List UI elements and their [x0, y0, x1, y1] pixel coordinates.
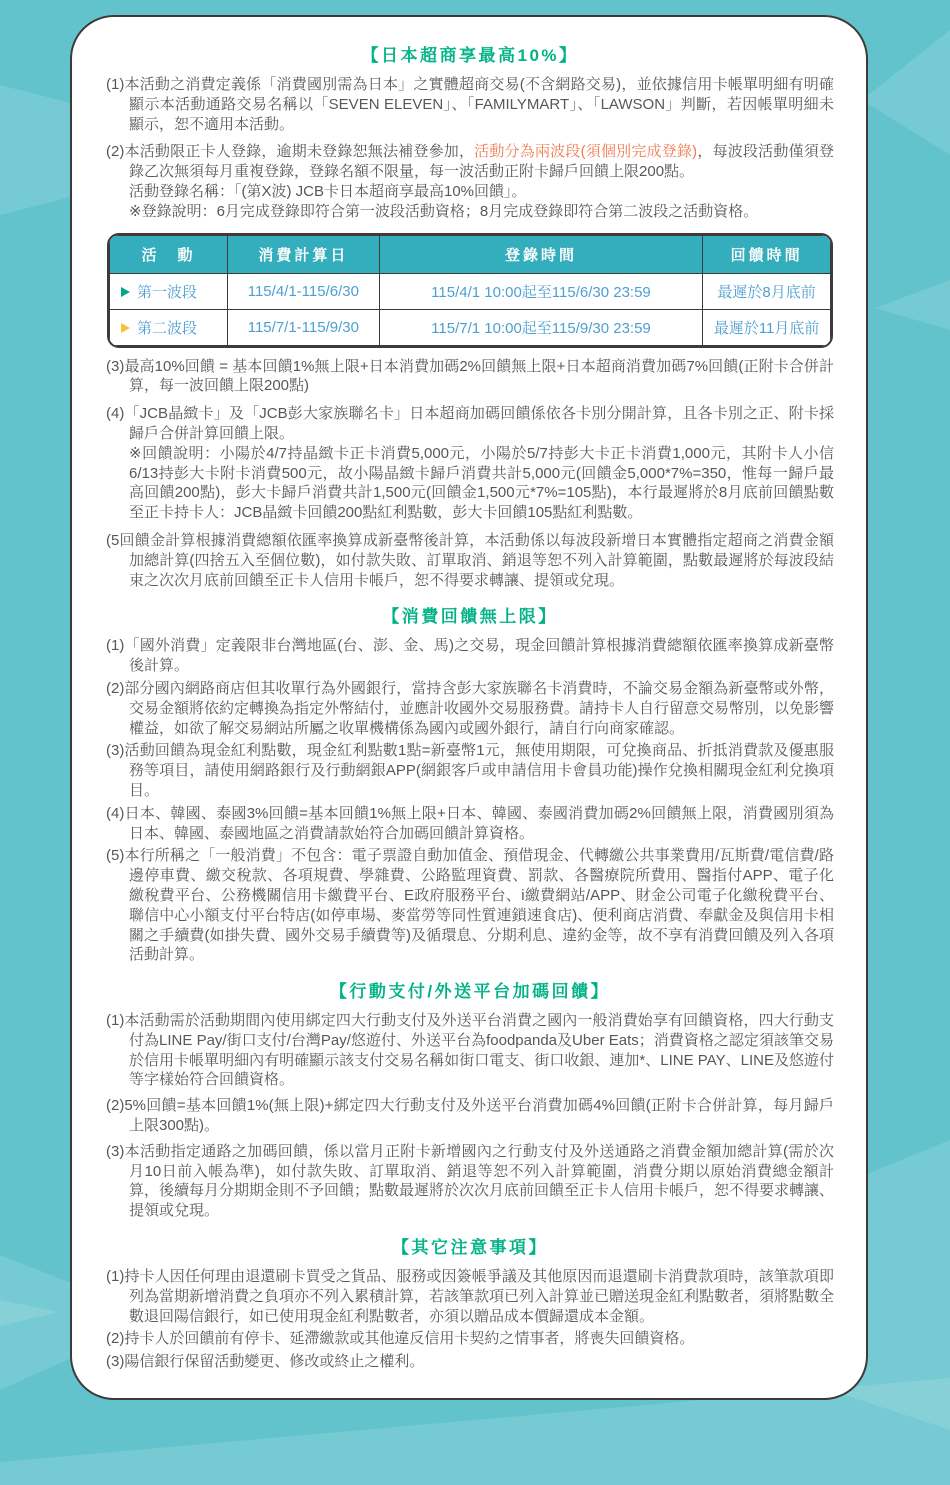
background-wedge — [875, 280, 950, 330]
table-header-cell: 回饋時間 — [703, 235, 831, 273]
term-paragraph: (3)本活動指定通路之加碼回饋，係以當月正附卡新增國內之行動支付及外送通路之消費… — [106, 1142, 834, 1221]
term-text: (3)最高10%回饋 = 基本回饋1%無上限+日本消費加碼2%回饋無上限+日本超… — [106, 358, 834, 395]
term-text: (1)持卡人因任何理由退還刷卡買受之貨品、服務或因簽帳爭議及其他原因而退還刷卡消… — [106, 1268, 834, 1325]
term-text: (2)持卡人於回饋前有停卡、延滯繳款或其他違反信用卡契約之情事者，將喪失回饋資格… — [106, 1330, 694, 1347]
activity-label: 第二波段 — [137, 320, 197, 337]
term-text: (5)本行所稱之「一般消費」不包含：電子票證自動加值金、預借現金、代轉繳公共事業… — [106, 847, 834, 963]
term-paragraph: (4)日本、韓國、泰國3%回饋=基本回饋1%無上限+日本、韓國、泰國消費加碼2%… — [106, 804, 834, 844]
table-row: 第二波段115/7/1-115/9/30115/7/1 10:00起至115/9… — [110, 309, 831, 345]
schedule-table-grid: 活 動消費計算日登錄時間回饋時間第一波段115/4/1-115/6/30115/… — [109, 235, 831, 346]
term-text: (4)「JCB晶緻卡」及「JCB彭大家族聯名卡」日本超商加碼回饋係依各卡別分開計… — [106, 405, 834, 442]
activity-label: 第一波段 — [137, 284, 197, 301]
term-text: (3)本活動指定通路之加碼回饋，係以當月正附卡新增國內之行動支付及外送通路之消費… — [106, 1143, 834, 1219]
wave-marker-icon — [121, 287, 130, 297]
reward-cell: 最遲於8月底前 — [703, 273, 831, 309]
term-text: ※回饋說明：小陽於4/7持晶緻卡正卡消費5,000元，小陽於5/7持彭大卡正卡消… — [129, 445, 834, 521]
term-text: (2)5%回饋=基本回饋1%(無上限)+綁定四大行動支付及外送平台消費加碼4%回… — [106, 1097, 834, 1134]
term-paragraph: (4)「JCB晶緻卡」及「JCB彭大家族聯名卡」日本超商加碼回饋係依各卡別分開計… — [106, 404, 834, 523]
term-paragraph: (3)活動回饋為現金紅利點數，現金紅利點數1點=新臺幣1元，無使用期限，可兌換商… — [106, 741, 834, 800]
section-title: 【其它注意事項】 — [106, 1233, 834, 1258]
schedule-table: 活 動消費計算日登錄時間回饋時間第一波段115/4/1-115/6/30115/… — [107, 233, 833, 348]
term-text: (2)部分國內網路商店但其收單行為外國銀行，當持含彭大家族聯名卡消費時，不論交易… — [106, 680, 834, 737]
background-wedge — [862, 30, 950, 155]
terms-card: 【日本超商享最高10%】(1)本活動之消費定義係「消費國別需為日本」之實體超商交… — [70, 15, 868, 1400]
table-header-row: 活 動消費計算日登錄時間回饋時間 — [110, 235, 831, 273]
promo-terms-page: 【日本超商享最高10%】(1)本活動之消費定義係「消費國別需為日本」之實體超商交… — [0, 0, 950, 1485]
term-paragraph: (1)本活動之消費定義係「消費國別需為日本」之實體超商交易(不含網路交易)，並依… — [106, 75, 834, 134]
term-text: (1)本活動之消費定義係「消費國別需為日本」之實體超商交易(不含網路交易)，並依… — [106, 76, 834, 133]
term-paragraph: (2)部分國內網路商店但其收單行為外國銀行，當持含彭大家族聯名卡消費時，不論交易… — [106, 679, 834, 738]
period-cell: 115/4/1-115/6/30 — [227, 273, 379, 309]
table-row: 第一波段115/4/1-115/6/30115/4/1 10:00起至115/6… — [110, 273, 831, 309]
terms-content: 【日本超商享最高10%】(1)本活動之消費定義係「消費國別需為日本」之實體超商交… — [106, 41, 834, 1372]
term-paragraph: (5)本行所稱之「一般消費」不包含：電子票證自動加值金、預借現金、代轉繳公共事業… — [106, 846, 834, 965]
term-text: 活動登錄名稱：「(第X波) JCB卡日本超商享最高10%回饋」。 — [129, 183, 527, 200]
term-paragraph: (3)最高10%回饋 = 基本回饋1%無上限+日本消費加碼2%回饋無上限+日本超… — [106, 357, 834, 397]
wave-marker-icon — [121, 323, 130, 333]
term-text: (2)本活動限正卡人登錄，逾期未登錄恕無法補登參加， — [106, 143, 474, 160]
term-paragraph: (2)本活動限正卡人登錄，逾期未登錄恕無法補登參加，活動分為兩波段(須個別完成登… — [106, 142, 834, 221]
period-cell: 115/7/1-115/9/30 — [227, 309, 379, 345]
term-text: (3)活動回饋為現金紅利點數，現金紅利點數1點=新臺幣1元，無使用期限，可兌換商… — [106, 742, 834, 799]
section-title: 【消費回饋無上限】 — [106, 602, 834, 627]
register-cell: 115/7/1 10:00起至115/9/30 23:59 — [379, 309, 702, 345]
term-text: (1)本活動需於活動期間內使用綁定四大行動支付及外送平台消費之國內一般消費始享有… — [106, 1012, 834, 1088]
term-text: (3)陽信銀行保留活動變更、修改或終止之權利。 — [106, 1353, 424, 1370]
term-paragraph: (3)陽信銀行保留活動變更、修改或終止之權利。 — [106, 1352, 834, 1372]
term-text: (1)「國外消費」定義限非台灣地區(台、澎、金、馬)之交易，現金回饋計算根據消費… — [106, 637, 834, 674]
register-cell: 115/4/1 10:00起至115/6/30 23:59 — [379, 273, 702, 309]
table-header-cell: 活 動 — [110, 235, 228, 273]
table-header-cell: 消費計算日 — [227, 235, 379, 273]
term-text: (5回饋金計算根據消費總額依匯率換算成新臺幣後計算，本活動係以每波段新增日本實體… — [106, 532, 834, 589]
table-header-cell: 登錄時間 — [379, 235, 702, 273]
section-title: 【日本超商享最高10%】 — [106, 41, 834, 66]
term-paragraph: (2)持卡人於回饋前有停卡、延滯繳款或其他違反信用卡契約之情事者，將喪失回饋資格… — [106, 1329, 834, 1349]
reward-cell: 最遲於11月底前 — [703, 309, 831, 345]
highlighted-text: 活動分為兩波段(須個別完成登錄) — [474, 143, 697, 160]
term-paragraph: (1)「國外消費」定義限非台灣地區(台、澎、金、馬)之交易，現金回饋計算根據消費… — [106, 636, 834, 676]
term-paragraph: (1)本活動需於活動期間內使用綁定四大行動支付及外送平台消費之國內一般消費始享有… — [106, 1011, 834, 1090]
activity-cell: 第二波段 — [110, 309, 228, 345]
term-paragraph: (5回饋金計算根據消費總額依匯率換算成新臺幣後計算，本活動係以每波段新增日本實體… — [106, 531, 834, 590]
term-paragraph: (2)5%回饋=基本回饋1%(無上限)+綁定四大行動支付及外送平台消費加碼4%回… — [106, 1096, 834, 1136]
term-paragraph: (1)持卡人因任何理由退還刷卡買受之貨品、服務或因簽帳爭議及其他原因而退還刷卡消… — [106, 1267, 834, 1326]
section-title: 【行動支付/外送平台加碼回饋】 — [106, 977, 834, 1002]
activity-cell: 第一波段 — [110, 273, 228, 309]
term-text: (4)日本、韓國、泰國3%回饋=基本回饋1%無上限+日本、韓國、泰國消費加碼2%… — [106, 805, 834, 842]
term-text: ※登錄說明：6月完成登錄即符合第一波段活動資格；8月完成登錄即符合第二波段之活動… — [129, 203, 758, 220]
